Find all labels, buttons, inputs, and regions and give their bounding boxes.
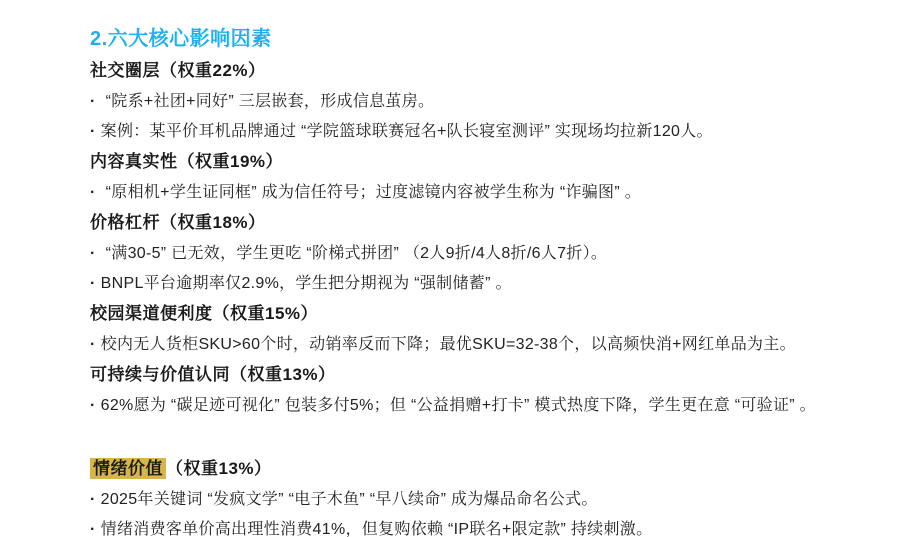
section-name-highlighted: 情绪价值: [90, 458, 166, 479]
bullet-text: “院系+社团+同好” 三层嵌套，形成信息茧房。: [106, 91, 435, 112]
section-sustainability-values: 可持续与价值认同（权重13%） ·62%愿为 “碳足迹可视化” 包装多付5%；但…: [90, 364, 870, 416]
bullet-dot: ·: [90, 243, 96, 264]
bullet-item: ·校内无人货柜SKU>60个时，动销率反而下降；最优SKU=32-38个，以高频…: [90, 334, 870, 355]
section-heading: 可持续与价值认同（权重13%）: [90, 364, 870, 386]
bullet-text: 案例：某平价耳机品牌通过 “学院篮球联赛冠名+队长寝室测评” 实现场均拉新120…: [101, 121, 713, 142]
page-title: 2.六大核心影响因素: [90, 27, 870, 51]
section-name: 校园渠道便利度: [90, 304, 213, 323]
bullet-item: ·案例：某平价耳机品牌通过 “学院篮球联赛冠名+队长寝室测评” 实现场均拉新12…: [90, 121, 870, 142]
bullet-text: 62%愿为 “碳足迹可视化” 包装多付5%；但 “公益捐赠+打卡” 模式热度下降…: [101, 395, 816, 416]
section-name: 社交圈层: [90, 61, 160, 80]
section-name: 内容真实性: [90, 152, 178, 171]
bullet-item: ·“院系+社团+同好” 三层嵌套，形成信息茧房。: [90, 91, 870, 112]
section-emotional-value: 情绪价值（权重13%） ·2025年关键词 “发疯文学” “电子木鱼” “早八续…: [90, 458, 870, 537]
section-weight: （权重22%）: [160, 61, 266, 80]
bullet-dot: ·: [90, 91, 96, 112]
section-weight: （权重13%）: [166, 459, 272, 478]
bullet-text: 情绪消费客单价高出理性消费41%，但复购依赖 “IP联名+限定款” 持续刺激。: [101, 519, 653, 537]
bullet-text: 校内无人货柜SKU>60个时，动销率反而下降；最优SKU=32-38个，以高频快…: [101, 334, 796, 355]
bullet-dot: ·: [90, 273, 96, 294]
section-social-circle: 社交圈层（权重22%） ·“院系+社团+同好” 三层嵌套，形成信息茧房。 ·案例…: [90, 60, 870, 142]
bullet-text: “原相机+学生证同框” 成为信任符号；过度滤镜内容被学生称为 “诈骗图” 。: [106, 182, 641, 203]
section-heading: 内容真实性（权重19%）: [90, 151, 870, 173]
bullet-dot: ·: [90, 182, 96, 203]
bullet-item: ·2025年关键词 “发疯文学” “电子木鱼” “早八续命” 成为爆品命名公式。: [90, 489, 870, 510]
bullet-item: ·情绪消费客单价高出理性消费41%，但复购依赖 “IP联名+限定款” 持续刺激。: [90, 519, 870, 537]
bullet-text: 2025年关键词 “发疯文学” “电子木鱼” “早八续命” 成为爆品命名公式。: [101, 489, 598, 510]
bullet-text: “满30-5” 已无效，学生更吃 “阶梯式拼团” （2人9折/4人8折/6人7折…: [106, 243, 608, 264]
section-heading: 校园渠道便利度（权重15%）: [90, 303, 870, 325]
section-campus-channel: 校园渠道便利度（权重15%） ·校内无人货柜SKU>60个时，动销率反而下降；最…: [90, 303, 870, 355]
bullet-dot: ·: [90, 519, 96, 537]
section-weight: （权重15%）: [213, 304, 319, 323]
bullet-dot: ·: [90, 489, 96, 510]
section-heading: 社交圈层（权重22%）: [90, 60, 870, 82]
section-weight: （权重18%）: [160, 213, 266, 232]
section-heading: 价格杠杆（权重18%）: [90, 212, 870, 234]
section-weight: （权重13%）: [230, 365, 336, 384]
bullet-text: BNPL平台逾期率仅2.9%，学生把分期视为 “强制储蓄” 。: [101, 273, 512, 294]
section-name: 价格杠杆: [90, 213, 160, 232]
section-weight: （权重19%）: [178, 152, 284, 171]
bullet-item: ·62%愿为 “碳足迹可视化” 包装多付5%；但 “公益捐赠+打卡” 模式热度下…: [90, 395, 870, 416]
bullet-item: ·“满30-5” 已无效，学生更吃 “阶梯式拼团” （2人9折/4人8折/6人7…: [90, 243, 870, 264]
bullet-item: ·BNPL平台逾期率仅2.9%，学生把分期视为 “强制储蓄” 。: [90, 273, 870, 294]
section-name: 可持续与价值认同: [90, 365, 230, 384]
bullet-item: ·“原相机+学生证同框” 成为信任符号；过度滤镜内容被学生称为 “诈骗图” 。: [90, 182, 870, 203]
document-page: 2.六大核心影响因素 社交圈层（权重22%） ·“院系+社团+同好” 三层嵌套，…: [0, 0, 900, 537]
bullet-dot: ·: [90, 334, 96, 355]
section-content-authenticity: 内容真实性（权重19%） ·“原相机+学生证同框” 成为信任符号；过度滤镜内容被…: [90, 151, 870, 203]
section-price-leverage: 价格杠杆（权重18%） ·“满30-5” 已无效，学生更吃 “阶梯式拼团” （2…: [90, 212, 870, 294]
bullet-dot: ·: [90, 395, 96, 416]
bullet-dot: ·: [90, 121, 96, 142]
section-heading: 情绪价值（权重13%）: [90, 458, 870, 480]
